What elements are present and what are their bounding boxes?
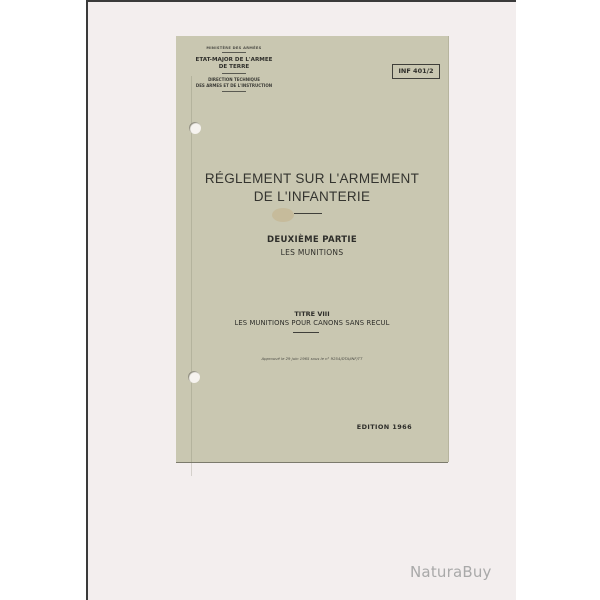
- issuing-authority: MINISTÈRE DES ARMÉES ETAT-MAJOR DE L'ARM…: [184, 46, 284, 92]
- ministry-label: MINISTÈRE DES ARMÉES: [184, 46, 284, 50]
- divider: [222, 73, 246, 74]
- direction-line-2: DES ARMES ET DE L'INSTRUCTION: [184, 83, 284, 89]
- titre-heading: TITRE VIII: [176, 310, 448, 318]
- punch-hole-top: [189, 122, 201, 134]
- approval-note: Approuvé le 29 juin 1965 sous le n° 9254…: [176, 356, 448, 361]
- titre-subtitle: LES MUNITIONS POUR CANONS SANS RECUL: [176, 319, 448, 327]
- title-line-2: DE L'INFANTERIE: [176, 188, 448, 206]
- booklet-cover: MINISTÈRE DES ARMÉES ETAT-MAJOR DE L'ARM…: [176, 36, 448, 462]
- title-divider: [294, 213, 322, 214]
- document-title: RÉGLEMENT SUR L'ARMEMENT DE L'INFANTERIE: [176, 170, 448, 206]
- staff-line-2: DE TERRE: [184, 64, 284, 71]
- spine-fold: [191, 76, 192, 476]
- title-line-1: RÉGLEMENT SUR L'ARMEMENT: [176, 170, 448, 188]
- staff-line-1: ETAT-MAJOR DE L'ARMEE: [184, 57, 284, 64]
- part-subtitle: LES MUNITIONS: [176, 248, 448, 257]
- divider: [222, 52, 246, 53]
- paper-stain: [272, 208, 294, 222]
- part-heading: DEUXIÈME PARTIE: [176, 235, 448, 245]
- punch-hole-bottom: [188, 371, 200, 383]
- reference-number: INF 401/2: [392, 64, 440, 79]
- edition-label: EDITION 1966: [357, 423, 412, 431]
- titre-divider: [293, 332, 319, 333]
- divider: [222, 91, 246, 92]
- naturabuy-watermark: NaturaBuy: [410, 563, 492, 581]
